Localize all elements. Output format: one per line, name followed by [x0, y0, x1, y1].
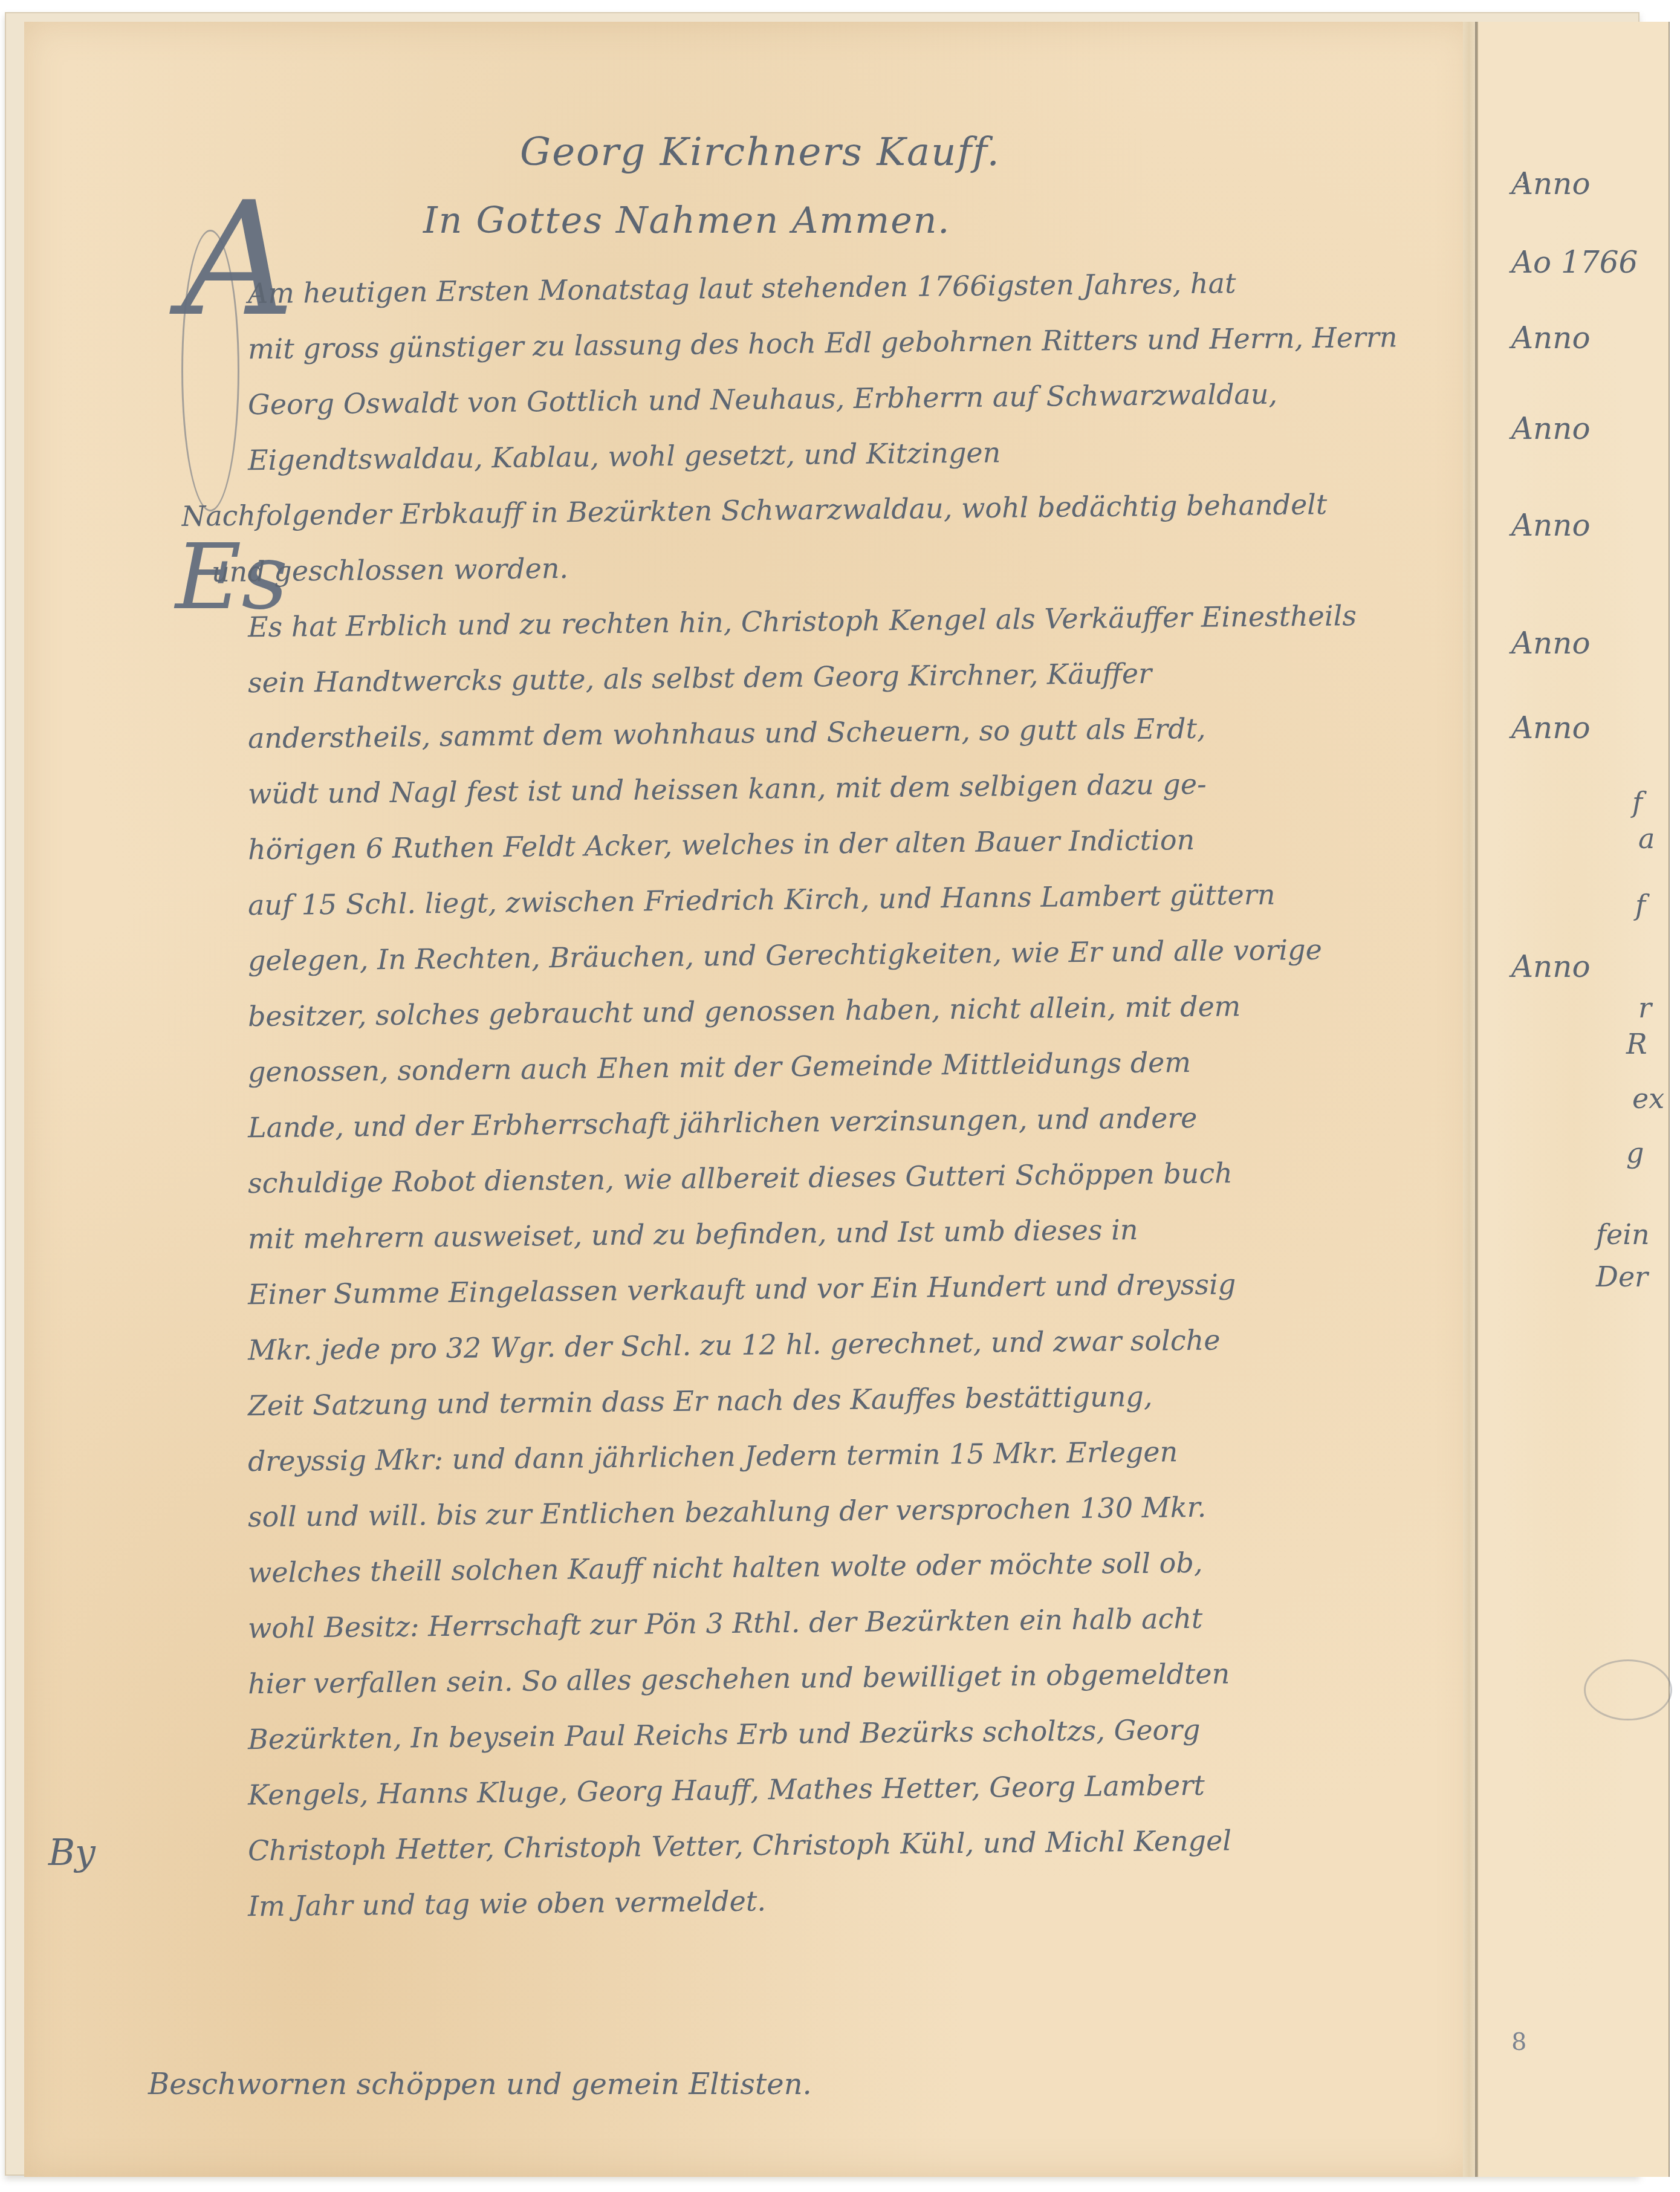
facing-fragment: ex: [1632, 1082, 1664, 1115]
facing-entry: Anno: [1511, 508, 1591, 543]
facing-fragment: f: [1635, 889, 1646, 921]
page-fold: [1463, 22, 1475, 2177]
page-number: 8: [1511, 2028, 1526, 2056]
scan-frame: Georg Kirchners Kauff. In Gottes Nahmen …: [0, 0, 1680, 2192]
facing-entry: Anno: [1511, 320, 1591, 355]
facing-entry: Anno: [1511, 626, 1591, 661]
facing-fragment: r: [1638, 991, 1652, 1024]
manuscript-body: Am heutigen Ersten Monatstag laut stehen…: [212, 266, 1451, 1934]
facing-fragment: fein: [1596, 1218, 1650, 1251]
facing-page-flourish: [1584, 1659, 1672, 1720]
facing-entry: Anno: [1511, 949, 1591, 984]
facing-page-entries: Anno Ao 1766 Anno Anno Anno Anno Anno An…: [1505, 0, 1669, 2176]
facing-entry: Anno: [1511, 411, 1591, 446]
facing-fragment: g: [1626, 1137, 1644, 1169]
facing-fragment: R: [1626, 1028, 1647, 1060]
facing-fragment: Der: [1596, 1260, 1648, 1293]
document-title: Georg Kirchners Kauff.: [520, 130, 1001, 175]
left-margin-note: By: [48, 1832, 96, 1874]
facing-fragment: a: [1638, 822, 1655, 855]
facing-fragment: f: [1632, 786, 1643, 819]
document-invocation: In Gottes Nahmen Ammen.: [423, 199, 950, 242]
facing-entry: Anno: [1511, 166, 1591, 201]
closing-signature-line: Beschwornen schöppen und gemein Eltisten…: [148, 2067, 812, 2101]
facing-entry: Ao 1766: [1511, 245, 1638, 280]
facing-entry: Anno: [1511, 710, 1591, 745]
